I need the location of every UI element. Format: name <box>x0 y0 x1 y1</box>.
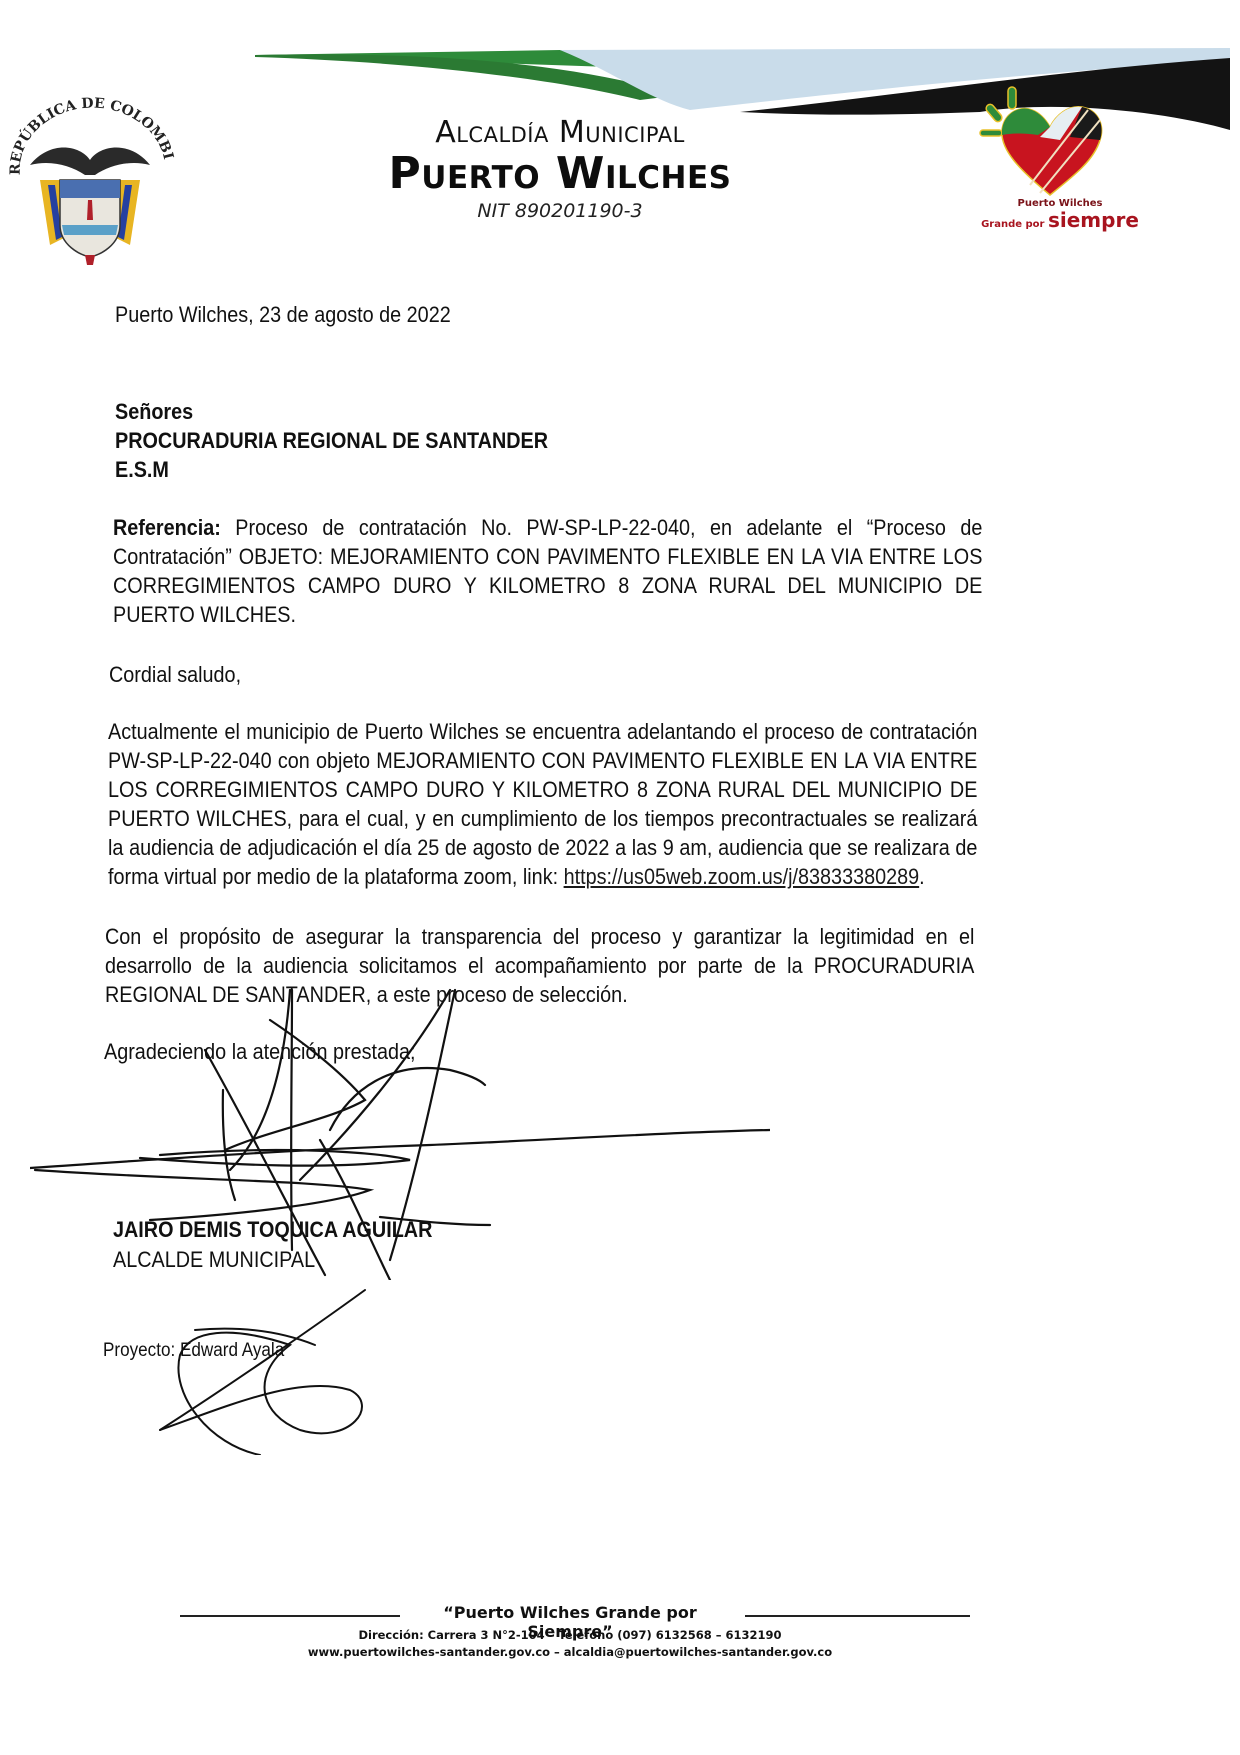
zoom-link[interactable]: https://us05web.zoom.us/j/83833380289 <box>564 864 920 889</box>
letter-date: Puerto Wilches, 23 de agosto de 2022 <box>115 300 451 329</box>
projected-by: Proyecto: Edward Ayala <box>103 1336 284 1365</box>
recipient-organization: PROCURADURIA REGIONAL DE SANTANDER <box>115 426 548 455</box>
signer-name: JAIRO DEMIS TOQUICA AGUILAR <box>113 1215 432 1244</box>
reference-text: Proceso de contratación No. PW-SP-LP-22-… <box>113 515 982 627</box>
colombia-coat-of-arms-icon: REPÚBLICA DE COLOMBIA <box>0 95 180 265</box>
body-paragraph-1-end: . <box>919 864 925 889</box>
logo-tagline-big: siempre <box>1048 208 1139 232</box>
signer-title: ALCALDE MUNICIPAL <box>113 1245 315 1274</box>
reference-paragraph: Referencia: Proceso de contratación No. … <box>113 513 982 629</box>
projected-by-signature <box>150 1285 390 1455</box>
logo-tagline-small: Grande por <box>981 219 1048 230</box>
reference-label: Referencia: <box>113 515 221 540</box>
header-title-line2: Puerto Wilches <box>350 148 770 199</box>
footer-web-email: www.puertowilches-santander.gov.co – alc… <box>300 1645 840 1659</box>
body-paragraph-1: Actualmente el municipio de Puerto Wilch… <box>108 717 977 891</box>
footer-address: Dirección: Carrera 3 N°2-104 – Teléfono … <box>300 1628 840 1642</box>
recipient-abbreviation: E.S.M <box>115 455 548 484</box>
recipient-block: Señores PROCURADURIA REGIONAL DE SANTAND… <box>115 397 548 484</box>
footer-rule-right <box>745 1615 970 1617</box>
logo-tagline: Grande por siempre <box>960 208 1160 232</box>
footer-rule-left <box>180 1615 400 1617</box>
header-nit: NIT 890201190-3 <box>420 200 700 222</box>
recipient-salutation: Señores <box>115 397 548 426</box>
header-title-line1: Alcaldía Municipal <box>390 115 730 150</box>
closing-line: Agradeciendo la atención prestada; <box>104 1037 416 1066</box>
body-paragraph-2: Con el propósito de asegurar la transpar… <box>105 922 974 1009</box>
greeting: Cordial saludo, <box>109 660 241 689</box>
